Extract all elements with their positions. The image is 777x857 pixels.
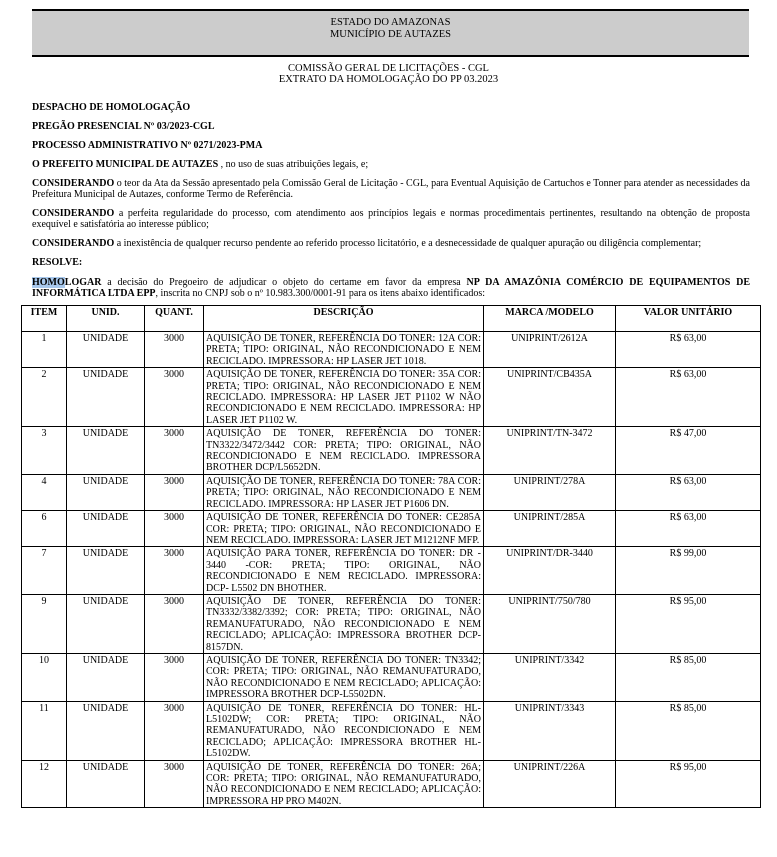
pregao-heading: PREGÃO PRESENCIAL Nº 03/2023-CGL: [32, 121, 750, 132]
cell-descricao: AQUISIÇÃO PARA TONER, REFERÊNCIA DO TONE…: [204, 547, 484, 595]
cell-descricao: AQUISIÇÃO DE TONER, REFERÊNCIA DO TONER:…: [204, 474, 484, 510]
items-table: ITEM UNID. QUANT. DESCRIÇÃO MARCA /MODEL…: [21, 305, 761, 808]
prefeito-label: O PREFEITO MUNICIPAL DE AUTAZES: [32, 159, 218, 170]
cell-unid: UNIDADE: [67, 760, 145, 808]
col-header-valor: VALOR UNITÁRIO: [616, 306, 761, 332]
table-row: 7UNIDADE3000AQUISIÇÃO PARA TONER, REFERÊ…: [22, 547, 761, 595]
col-header-quant: QUANT.: [145, 306, 204, 332]
col-header-item: ITEM: [22, 306, 67, 332]
cell-marca: UNIPRINT/DR-3440: [484, 547, 616, 595]
cell-valor: R$ 85,00: [616, 701, 761, 760]
cell-descricao: AQUISIÇÃO DE TONER, REFERÊNCIA DO TONER:…: [204, 427, 484, 475]
cell-item: 7: [22, 547, 67, 595]
col-header-marca: MARCA /MODELO: [484, 306, 616, 332]
table-row: 11UNIDADE3000AQUISIÇÃO DE TONER, REFERÊN…: [22, 701, 761, 760]
cell-marca: UNIPRINT/226A: [484, 760, 616, 808]
cell-descricao: AQUISIÇÃO DE TONER, REFERÊNCIA DO TONER:…: [204, 594, 484, 653]
header-banner: ESTADO DO AMAZONAS MUNICÍPIO DE AUTAZES: [32, 9, 749, 57]
cell-descricao: AQUISIÇÃO DE TONER, REFERÊNCIA DO TONER:…: [204, 332, 484, 368]
homologar-label: LOGAR: [65, 277, 102, 288]
municipality-title: MUNICÍPIO DE AUTAZES: [32, 29, 749, 41]
cell-descricao: AQUISIÇÃO DE TONER, REFERÊNCIA DO TONER:…: [204, 368, 484, 427]
cell-quant: 3000: [145, 760, 204, 808]
cell-quant: 3000: [145, 653, 204, 701]
cell-valor: R$ 63,00: [616, 511, 761, 547]
col-header-descricao: DESCRIÇÃO: [204, 306, 484, 332]
cell-valor: R$ 85,00: [616, 653, 761, 701]
despacho-heading: DESPACHO DE HOMOLOGAÇÃO: [32, 102, 750, 113]
cell-valor: R$ 95,00: [616, 594, 761, 653]
extract-title: EXTRATO DA HOMOLOGAÇÃO DO PP 03.2023: [0, 74, 777, 85]
cell-unid: UNIDADE: [67, 701, 145, 760]
col-header-unid: UNID.: [67, 306, 145, 332]
cell-marca: UNIPRINT/278A: [484, 474, 616, 510]
cell-valor: R$ 95,00: [616, 760, 761, 808]
table-header-row: ITEM UNID. QUANT. DESCRIÇÃO MARCA /MODEL…: [22, 306, 761, 332]
cell-unid: UNIDADE: [67, 332, 145, 368]
cell-descricao: AQUISIÇÃO DE TONER, REFERÊNCIA DO TONER:…: [204, 653, 484, 701]
table-row: 2UNIDADE3000AQUISIÇÃO DE TONER, REFERÊNC…: [22, 368, 761, 427]
selected-text-highlight[interactable]: HOMO: [32, 277, 65, 288]
considerando-text: a inexistência de qualquer recurso pende…: [114, 238, 701, 249]
cell-quant: 3000: [145, 701, 204, 760]
cell-unid: UNIDADE: [67, 368, 145, 427]
cell-quant: 3000: [145, 547, 204, 595]
cell-unid: UNIDADE: [67, 474, 145, 510]
cell-marca: UNIPRINT/3342: [484, 653, 616, 701]
cell-item: 12: [22, 760, 67, 808]
cell-quant: 3000: [145, 594, 204, 653]
cell-valor: R$ 63,00: [616, 368, 761, 427]
table-row: 4UNIDADE3000AQUISIÇÃO DE TONER, REFERÊNC…: [22, 474, 761, 510]
cell-valor: R$ 63,00: [616, 474, 761, 510]
processo-heading: PROCESSO ADMINISTRATIVO Nº 0271/2023-PMA: [32, 140, 750, 151]
cell-quant: 3000: [145, 332, 204, 368]
cell-marca: UNIPRINT/285A: [484, 511, 616, 547]
considerando-paragraph-2: CONSIDERANDO a perfeita regularidade do …: [32, 208, 750, 230]
table-row: 1UNIDADE3000AQUISIÇÃO DE TONER, REFERÊNC…: [22, 332, 761, 368]
homologar-paragraph: HOMOLOGAR a decisão do Pregoeiro de adju…: [32, 277, 750, 299]
commission-title: COMISSÃO GERAL DE LICITAÇÕES - CGL: [0, 63, 777, 74]
prefeito-paragraph: O PREFEITO MUNICIPAL DE AUTAZES , no uso…: [32, 159, 750, 170]
prefeito-text: , no uso de suas atribuições legais, e;: [218, 159, 368, 170]
cell-valor: R$ 47,00: [616, 427, 761, 475]
resolve-heading: RESOLVE:: [32, 257, 750, 268]
considerando-label: CONSIDERANDO: [32, 178, 114, 189]
considerando-label: CONSIDERANDO: [32, 208, 114, 219]
considerando-label: CONSIDERANDO: [32, 238, 114, 249]
cell-marca: UNIPRINT/CB435A: [484, 368, 616, 427]
cell-quant: 3000: [145, 474, 204, 510]
considerando-text: a perfeita regularidade do processo, com…: [32, 208, 750, 230]
table-row: 6UNIDADE3000AQUISIÇÃO DE TONER, REFERÊNC…: [22, 511, 761, 547]
homologar-text: a decisão do Pregoeiro de adjudicar o ob…: [101, 277, 466, 288]
cell-valor: R$ 63,00: [616, 332, 761, 368]
table-row: 10UNIDADE3000AQUISIÇÃO DE TONER, REFERÊN…: [22, 653, 761, 701]
cell-item: 11: [22, 701, 67, 760]
cell-unid: UNIDADE: [67, 547, 145, 595]
cell-valor: R$ 99,00: [616, 547, 761, 595]
cell-marca: UNIPRINT/2612A: [484, 332, 616, 368]
cell-item: 2: [22, 368, 67, 427]
cell-item: 9: [22, 594, 67, 653]
cnpj-text: , inscrita no CNPJ sob o nº 10.983.300/0…: [156, 288, 485, 299]
considerando-paragraph-1: CONSIDERANDO o teor da Ata da Sessão apr…: [32, 178, 750, 200]
state-title: ESTADO DO AMAZONAS: [32, 17, 749, 29]
cell-quant: 3000: [145, 368, 204, 427]
cell-item: 6: [22, 511, 67, 547]
cell-descricao: AQUISIÇÃO DE TONER, REFERÊNCIA DO TONER:…: [204, 701, 484, 760]
cell-unid: UNIDADE: [67, 511, 145, 547]
considerando-paragraph-3: CONSIDERANDO a inexistência de qualquer …: [32, 238, 750, 249]
cell-unid: UNIDADE: [67, 653, 145, 701]
cell-item: 1: [22, 332, 67, 368]
cell-quant: 3000: [145, 511, 204, 547]
cell-marca: UNIPRINT/TN-3472: [484, 427, 616, 475]
considerando-text: o teor da Ata da Sessão apresentado pela…: [32, 178, 750, 200]
cell-marca: UNIPRINT/750/780: [484, 594, 616, 653]
cell-item: 3: [22, 427, 67, 475]
cell-marca: UNIPRINT/3343: [484, 701, 616, 760]
table-row: 3UNIDADE3000AQUISIÇÃO DE TONER, REFERÊNC…: [22, 427, 761, 475]
table-row: 9UNIDADE3000AQUISIÇÃO DE TONER, REFERÊNC…: [22, 594, 761, 653]
subheader: COMISSÃO GERAL DE LICITAÇÕES - CGL EXTRA…: [0, 63, 777, 85]
cell-unid: UNIDADE: [67, 594, 145, 653]
cell-item: 10: [22, 653, 67, 701]
table-row: 12UNIDADE3000AQUISIÇÃO DE TONER, REFERÊN…: [22, 760, 761, 808]
cell-unid: UNIDADE: [67, 427, 145, 475]
cell-item: 4: [22, 474, 67, 510]
cell-descricao: AQUISIÇÃO DE TONER, REFERÊNCIA DO TONER:…: [204, 760, 484, 808]
cell-quant: 3000: [145, 427, 204, 475]
cell-descricao: AQUISIÇÃO DE TONER, REFERÊNCIA DO TONER:…: [204, 511, 484, 547]
